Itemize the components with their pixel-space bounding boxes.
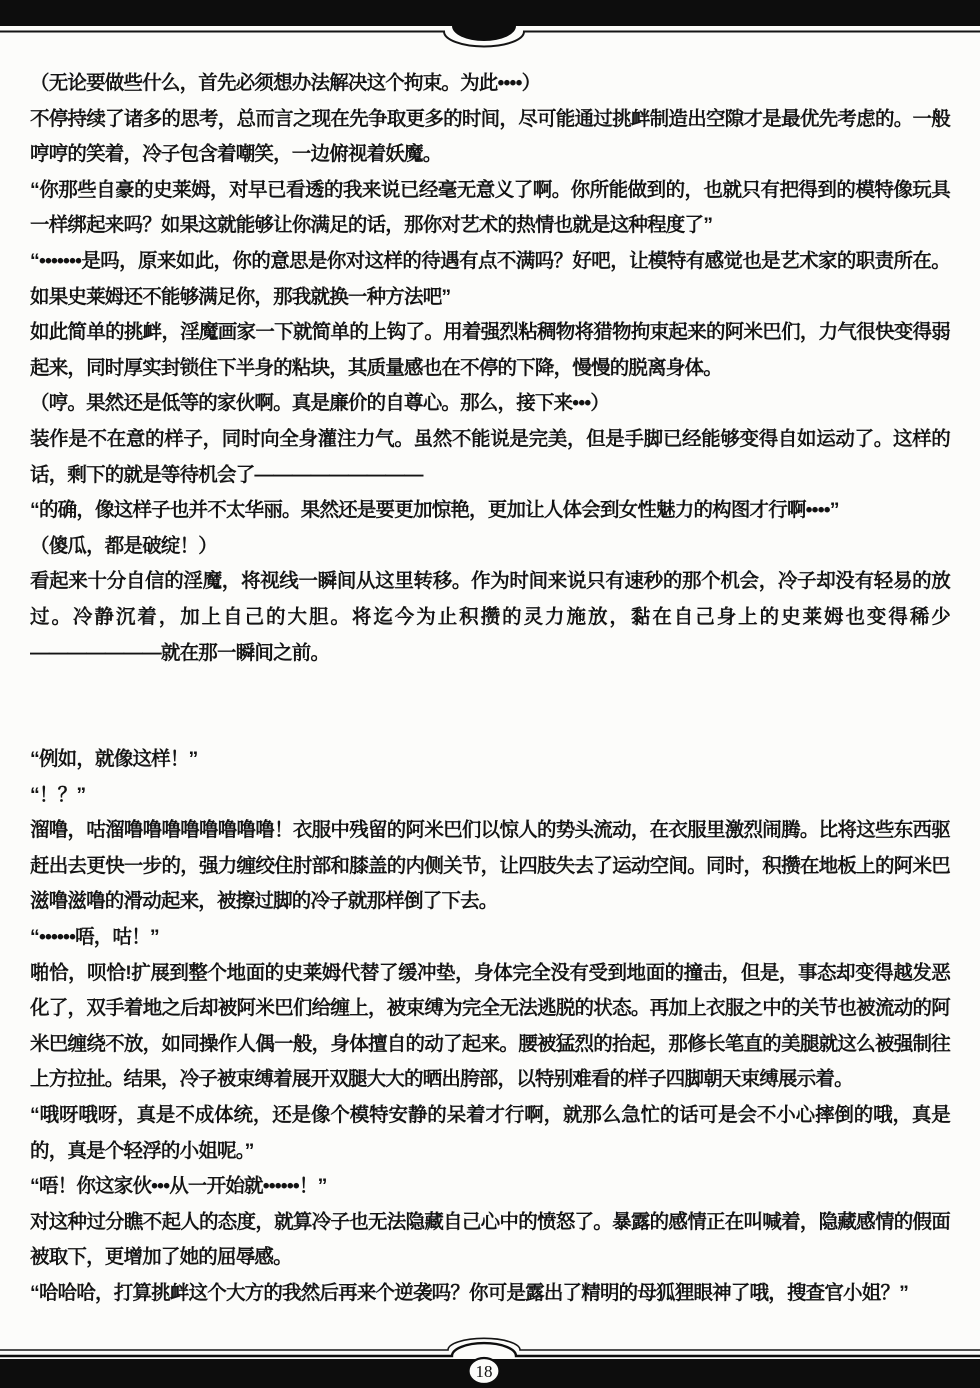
paragraph-narration: 啪恰，呗恰!扩展到整个地面的史莱姆代替了缓冲垫，身体完全没有受到地面的撞击，但是… (30, 956, 950, 1098)
paragraph-dialogue: “•••••••是吗，原来如此，你的意思是你对这样的待遇有点不满吗？好吧，让模特… (30, 244, 950, 315)
paragraph-narration: 不停持续了诸多的思考，总而言之现在先争取更多的时间，尽可能通过挑衅制造出空隙才是… (30, 102, 950, 173)
paragraph-thought: （傻瓜，都是破绽！） (30, 529, 950, 565)
top-border-center-drop (452, 26, 516, 41)
paragraph-dialogue: “你那些自豪的史莱姆，对早已看透的我来说已经毫无意义了啊。你所能做到的，也就只有… (30, 173, 950, 244)
page-number: 18 (476, 1362, 493, 1381)
paragraph-narration: 装作是不在意的样子，同时向全身灌注力气。虽然不能说是完美，但是手脚已经能够变得自… (30, 422, 950, 493)
paragraph-dialogue: “哦呀哦呀，真是不成体统，还是像个模特安静的呆着才行啊，就那么急忙的话可是会不小… (30, 1098, 950, 1169)
top-border-ornament (0, 0, 980, 52)
page-text: （无论要做些什么，首先必须想办法解决这个拘束。为此••••）不停持续了诸多的思考… (30, 66, 950, 1312)
bottom-border-ornament: 18 (0, 1332, 980, 1388)
paragraph-narration: 看起来十分自信的淫魔，将视线一瞬间从这里转移。作为时间来说只有速秒的那个机会，冷… (30, 564, 950, 671)
paragraph-dialogue: “！？” (30, 778, 950, 814)
paragraph-dialogue: “哈哈哈，打算挑衅这个大方的我然后再来个逆袭吗？你可是露出了精明的母狐狸眼神了哦… (30, 1276, 950, 1312)
paragraph-dialogue: “例如，就像这样！” (30, 742, 950, 778)
paragraph-dialogue: “••••••唔，咕！” (30, 920, 950, 956)
paragraph-dialogue: “的确，像这样子也并不太华丽。果然还是要更加惊艳，更加让人体会到女性魅力的构图才… (30, 493, 950, 529)
paragraph-narration: 溜噜，咕溜噜噜噜噜噜噜噜噜！衣服中残留的阿米巴们以惊人的势头流动，在衣服里激烈闹… (30, 813, 950, 920)
paragraph-thought: （哼。果然还是低等的家伙啊。真是廉价的自尊心。那么，接下来•••） (30, 386, 950, 422)
top-border-band (0, 0, 980, 26)
document-page: （无论要做些什么，首先必须想办法解决这个拘束。为此••••）不停持续了诸多的思考… (0, 0, 980, 1388)
paragraph-narration: 如此简单的挑衅，淫魔画家一下就简单的上钩了。用着强烈粘稠物将猎物拘束起来的阿米巴… (30, 315, 950, 386)
paragraph-thought: （无论要做些什么，首先必须想办法解决这个拘束。为此••••） (30, 66, 950, 102)
paragraph-dialogue: “唔！你这家伙•••从一开始就••••••！” (30, 1169, 950, 1205)
section-gap (30, 671, 950, 742)
paragraph-narration: 对这种过分瞧不起人的态度，就算冷子也无法隐藏自己心中的愤怒了。暴露的感情正在叫喊… (30, 1205, 950, 1276)
